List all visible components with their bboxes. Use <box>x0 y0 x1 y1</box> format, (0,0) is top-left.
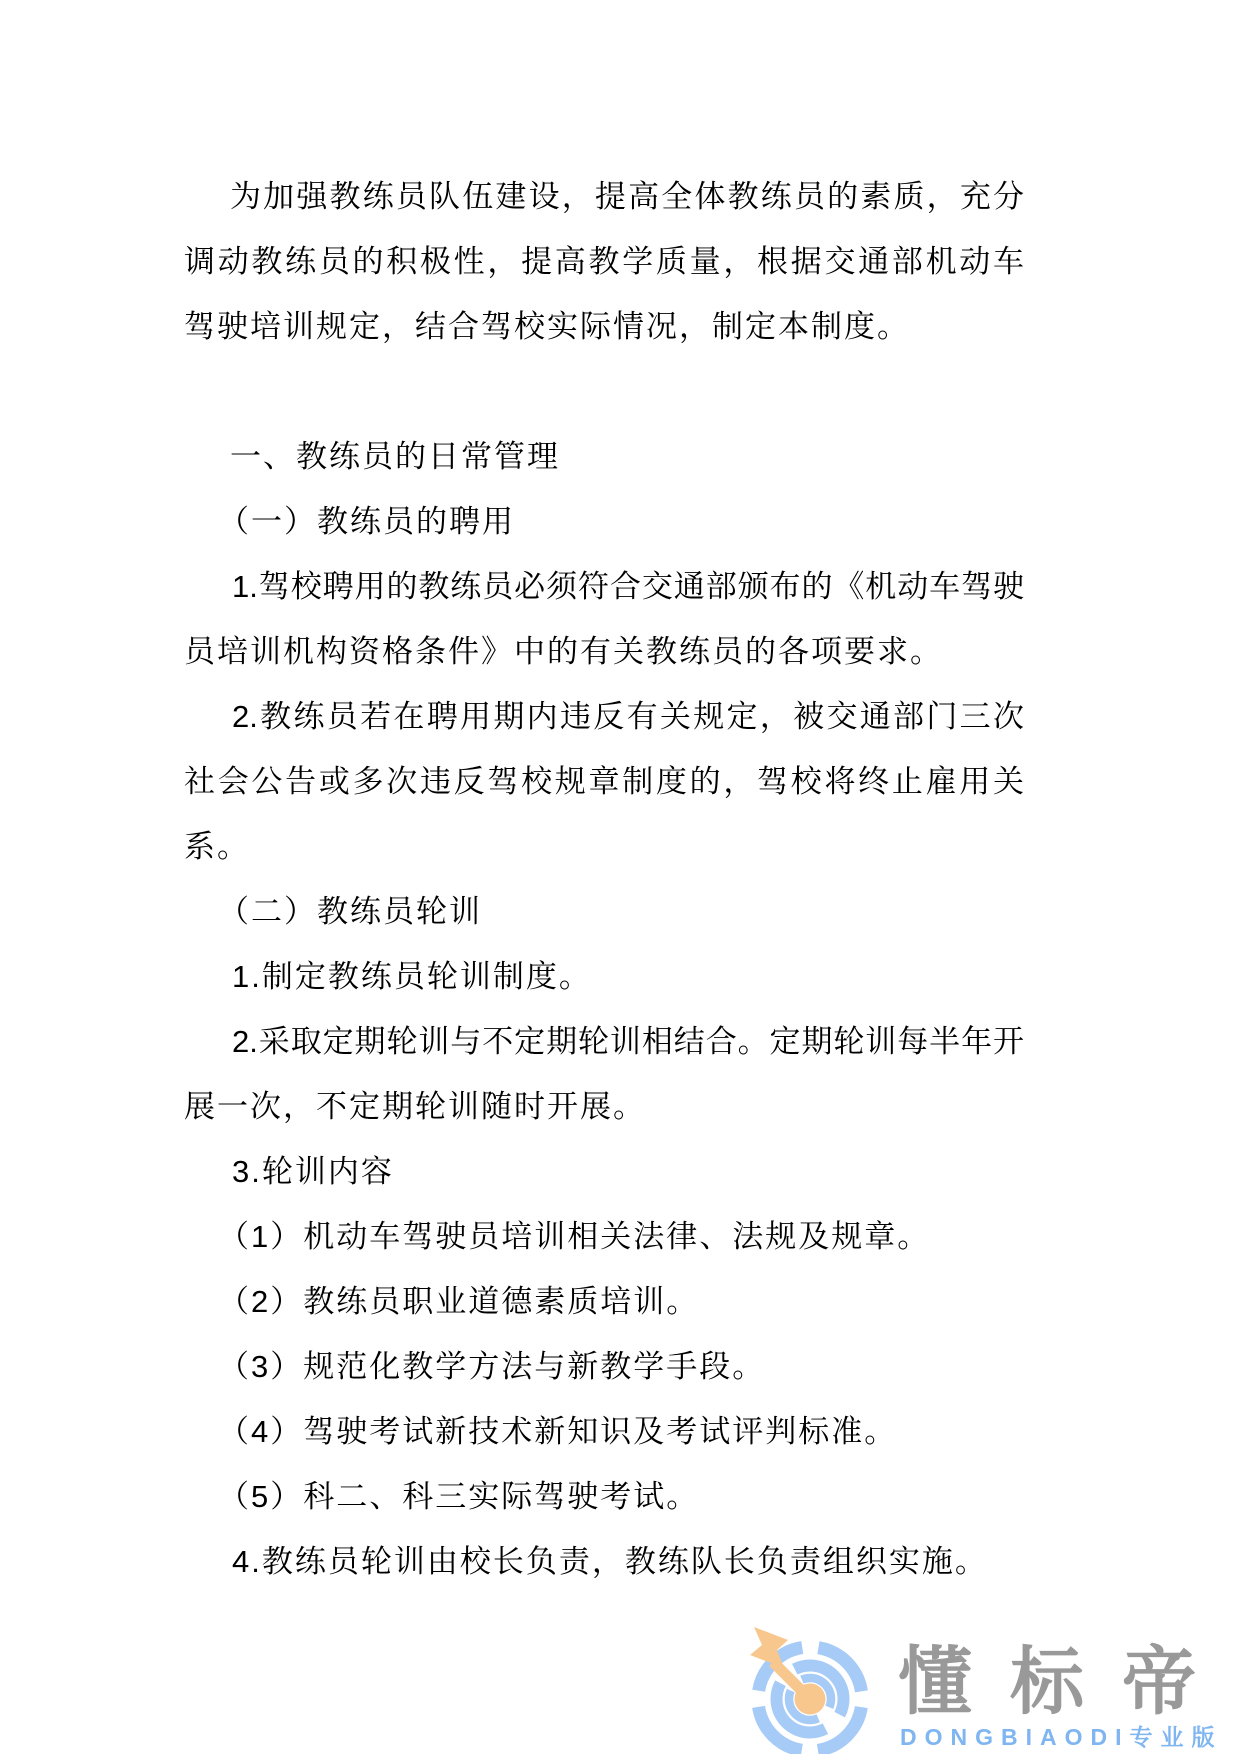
text-line: 员培训机构资格条件》中的有关教练员的各项要求。 <box>184 619 1024 684</box>
text-line: 2.教练员若在聘用期内违反有关规定，被交通部门三次 <box>184 684 1024 749</box>
brand-name-en: DONGBIAODI专业版 <box>900 1726 1223 1749</box>
text-line: 3.轮训内容 <box>184 1139 1024 1204</box>
target-logo-icon <box>740 1618 880 1754</box>
text-line: （5）科二、科三实际驾驶考试。 <box>184 1464 1024 1529</box>
text-line: （2）教练员职业道德素质培训。 <box>184 1269 1024 1334</box>
blank-line <box>184 359 1024 424</box>
text-line: 展一次，不定期轮训随时开展。 <box>184 1074 1024 1139</box>
brand-name-en-suffix: 专业版 <box>1130 1724 1223 1750</box>
document-page: 为加强教练员队伍建设，提高全体教练员的素质，充分调动教练员的积极性，提高教学质量… <box>0 0 1241 1754</box>
text-line: （二）教练员轮训 <box>184 879 1024 944</box>
text-line: 系。 <box>184 814 1024 879</box>
text-line: 驾驶培训规定，结合驾校实际情况，制定本制度。 <box>184 294 1024 359</box>
text-line: 为加强教练员队伍建设，提高全体教练员的素质，充分 <box>184 164 1024 229</box>
text-line: 4.教练员轮训由校长负责，教练队长负责组织实施。 <box>184 1529 1024 1594</box>
document-body: 为加强教练员队伍建设，提高全体教练员的素质，充分调动教练员的积极性，提高教学质量… <box>184 164 1024 1594</box>
text-line: （1）机动车驾驶员培训相关法律、法规及规章。 <box>184 1204 1024 1269</box>
text-line: （4）驾驶考试新技术新知识及考试评判标准。 <box>184 1399 1024 1464</box>
text-line: 1.驾校聘用的教练员必须符合交通部颁布的《机动车驾驶 <box>184 554 1024 619</box>
text-line: 1.制定教练员轮训制度。 <box>184 944 1024 1009</box>
text-line: 调动教练员的积极性，提高教学质量，根据交通部机动车 <box>184 229 1024 294</box>
brand-name-cn: 懂标帝 <box>898 1645 1234 1719</box>
text-line: （一）教练员的聘用 <box>184 489 1024 554</box>
text-line: 2.采取定期轮训与不定期轮训相结合。定期轮训每半年开 <box>184 1009 1024 1074</box>
text-line: 一、教练员的日常管理 <box>184 424 1024 489</box>
text-line: （3）规范化教学方法与新教学手段。 <box>184 1334 1024 1399</box>
text-line: 社会公告或多次违反驾校规章制度的，驾校将终止雇用关 <box>184 749 1024 814</box>
brand-name-en-latin: DONGBIAODI <box>900 1724 1130 1750</box>
